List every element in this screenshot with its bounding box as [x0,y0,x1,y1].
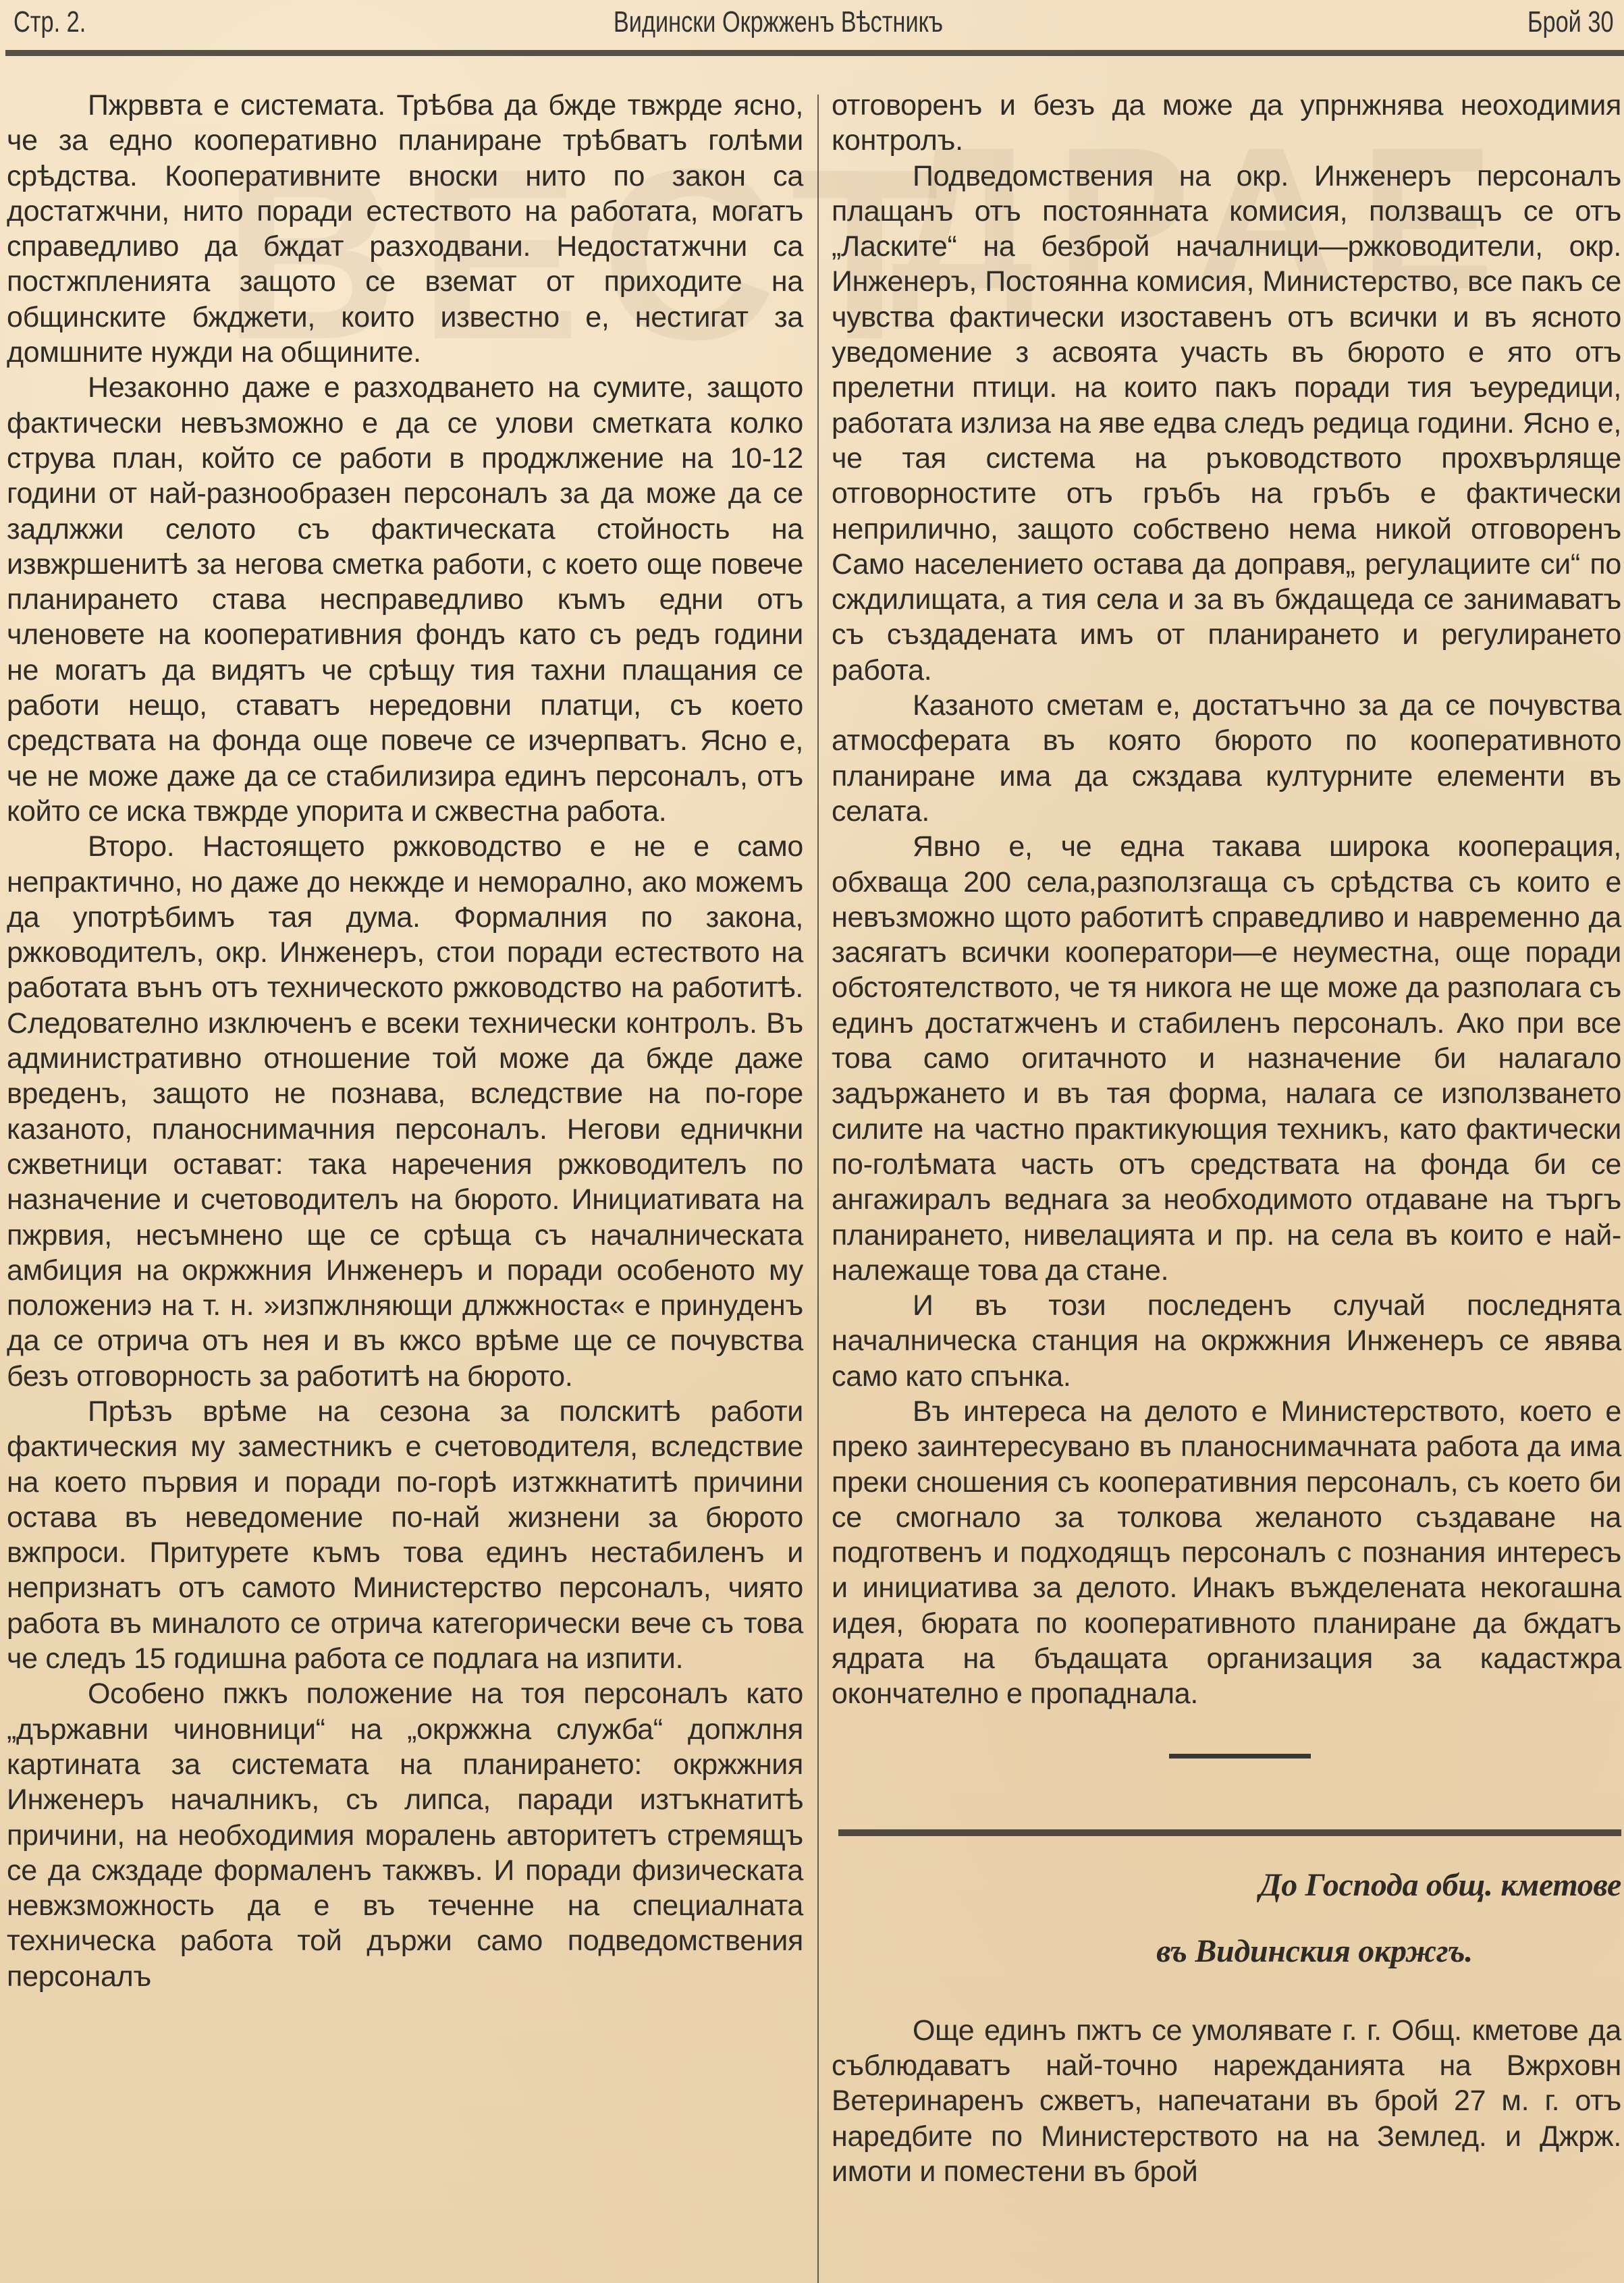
column-divider [817,95,819,2283]
article-paragraph: Незаконно даже е разходването на сумите,… [7,370,803,829]
right-column: отговоренъ и безъ да може да упрнжнява н… [832,88,1621,2189]
article-paragraph: Подведомствения на окр. Инженеръ персона… [832,159,1621,688]
notice-heading-line2: въ Видинския окржгъ. [832,1921,1621,1982]
article-paragraph: Въ интереса на делото е Министерството, … [832,1394,1621,1712]
newspaper-masthead: Видински Окржженъ Вѣстникъ [614,5,943,39]
article-paragraph: И въ този последенъ случай последнята на… [832,1288,1621,1394]
article-paragraph: Явно е, че една такава широка кооперация… [832,829,1621,1288]
notice-paragraph: Още единъ пжтъ се умолявате г. г. Общ. к… [832,2013,1621,2189]
article-paragraph: Пжрввта е системата. Трѣбва да бжде твжр… [7,88,803,370]
notice-heading-line1: До Господа общ. кметове [832,1855,1621,1916]
page-header: Стр. 2. Видински Окржженъ Вѣстникъ Брой … [13,0,1624,54]
article-paragraph: Второ. Настоящето ржководство е не е сам… [7,829,803,1394]
header-rule [5,50,1624,56]
article-paragraph: Прѣзъ врѣме на сезона за полскитѣ работи… [7,1394,803,1676]
article-paragraph-continued: отговоренъ и безъ да може да упрнжнява н… [832,88,1621,159]
article-paragraph: Особено пжкъ положение на тоя персоналъ … [7,1676,803,1994]
left-column: Пжрввта е системата. Трѣбва да бжде твжр… [7,88,803,1994]
section-separator-rule [838,1829,1621,1836]
issue-number: Брой 30 [1527,5,1614,39]
article-end-rule [1169,1754,1311,1758]
page-number: Стр. 2. [13,5,86,39]
article-paragraph: Казаното сметам е, достатъчно за да се п… [832,688,1621,829]
